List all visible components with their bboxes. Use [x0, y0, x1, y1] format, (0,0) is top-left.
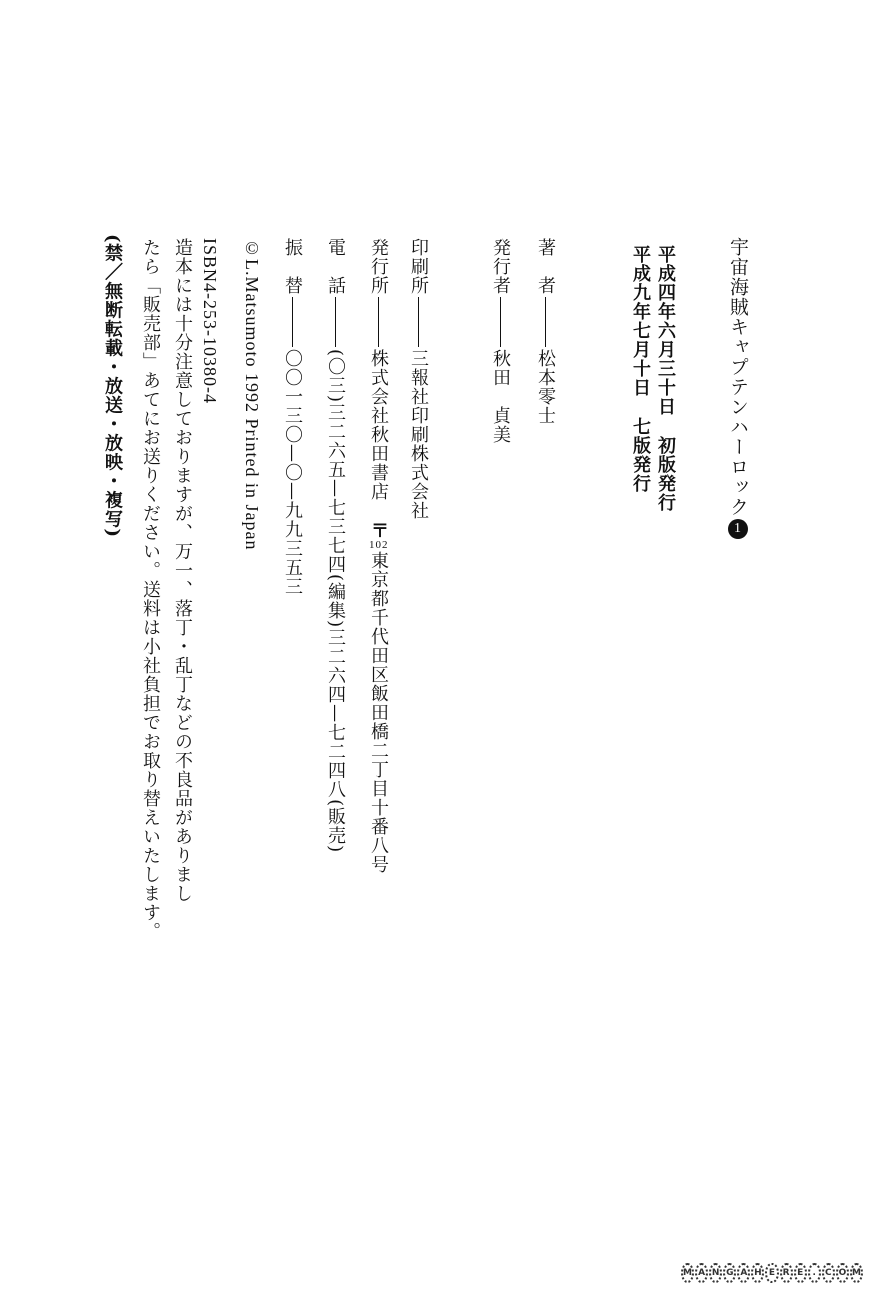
author-column: 著 者松本零士 [536, 238, 554, 425]
publisher-person-label: 発行者 [490, 238, 511, 295]
publishing-house-name: 株式会社秋田書店 [368, 349, 389, 501]
leader-line [418, 297, 419, 347]
copyright-text: ©L.Matsumoto 1992 Printed in Japan [242, 238, 262, 550]
author-label: 著 者 [535, 238, 556, 295]
volume-number-badge: 1 [728, 519, 748, 539]
notice-line-1: 造本には十分注意しておりますが、万一、落丁・乱丁などの不良品がありまし [173, 238, 191, 903]
colophon-page: 宇宙海賊キャプテンハーロック1 平成四年六月三十日初版発行 平成九年七月十日七版… [0, 0, 869, 1291]
publisher-person-name: 秋田 貞美 [490, 349, 511, 444]
notice-text-1: 造本には十分注意しておりますが、万一、落丁・乱丁などの不良品がありまし [172, 238, 193, 903]
seventh-edition-label: 七版発行 [630, 417, 651, 493]
watermark-letter: R [780, 1263, 793, 1283]
watermark-letter: G [723, 1263, 736, 1283]
site-watermark: M A N G A H E R E . C O M [681, 1262, 863, 1284]
printer-name: 三報社印刷株式会社 [408, 349, 429, 520]
publishing-house-column: 発行所株式会社秋田書店〒102東京都千代田区飯田橋二丁目十番八号 [369, 238, 387, 874]
seventh-edition-column: 平成九年七月十日七版発行 [631, 245, 649, 493]
notice-text-2: たら「販売部」あてにお送りください。送料は小社負担でお取り替えいたします。 [140, 238, 161, 941]
first-edition-label: 初版発行 [655, 436, 676, 512]
watermark-letter: M [850, 1263, 863, 1283]
transfer-value: 〇〇一三〇—〇—九九三五三 [282, 349, 303, 596]
copyright-column: ©L.Matsumoto 1992 Printed in Japan [243, 238, 261, 550]
isbn-text: ISBN4-253-10380-4 [200, 238, 220, 404]
transfer-column: 振 替〇〇一三〇—〇—九九三五三 [283, 238, 301, 596]
prohibition-text: (禁／無断転載・放送・放映・複写) [102, 234, 123, 538]
watermark-letter: . [808, 1263, 821, 1283]
prohibition-column: (禁／無断転載・放送・放映・複写) [103, 234, 121, 538]
isbn-column: ISBN4-253-10380-4 [201, 238, 219, 404]
publisher-person-column: 発行者秋田 貞美 [491, 238, 509, 444]
leader-line [335, 297, 336, 347]
watermark-letter: E [794, 1263, 807, 1283]
printer-label: 印刷所 [408, 238, 429, 295]
leader-line [500, 297, 501, 347]
transfer-label: 振 替 [282, 238, 303, 295]
watermark-letter: A [737, 1263, 750, 1283]
book-title-column: 宇宙海賊キャプテンハーロック1 [728, 237, 748, 539]
leader-line [378, 297, 379, 347]
phone-value: (〇三)三二六五—七三七四(編集)三二六四—七二四八(販売) [325, 349, 346, 853]
watermark-letter: E [765, 1263, 778, 1283]
book-title: 宇宙海賊キャプテンハーロック [727, 237, 749, 517]
phone-column: 電 話(〇三)三二六五—七三七四(編集)三二六四—七二四八(販売) [326, 238, 344, 853]
watermark-letter: C [822, 1263, 835, 1283]
watermark-letter: M [681, 1263, 694, 1283]
publishing-house-label: 発行所 [368, 238, 389, 295]
leader-line [545, 297, 546, 347]
notice-line-2: たら「販売部」あてにお送りください。送料は小社負担でお取り替えいたします。 [141, 238, 159, 941]
seventh-edition-date: 平成九年七月十日 [630, 245, 651, 397]
watermark-letter: A [695, 1263, 708, 1283]
first-edition-column: 平成四年六月三十日初版発行 [656, 245, 674, 512]
watermark-letter: H [751, 1263, 764, 1283]
printer-column: 印刷所三報社印刷株式会社 [409, 238, 427, 520]
first-edition-date: 平成四年六月三十日 [655, 245, 676, 416]
postal-code: 102 [369, 540, 387, 551]
watermark-letter: N [709, 1263, 722, 1283]
author-name: 松本零士 [535, 349, 556, 425]
phone-label: 電 話 [325, 238, 346, 295]
leader-line [292, 297, 293, 347]
watermark-letter: O [836, 1263, 849, 1283]
postal-mark: 〒 [368, 521, 389, 540]
address: 東京都千代田区飯田橋二丁目十番八号 [368, 551, 389, 874]
